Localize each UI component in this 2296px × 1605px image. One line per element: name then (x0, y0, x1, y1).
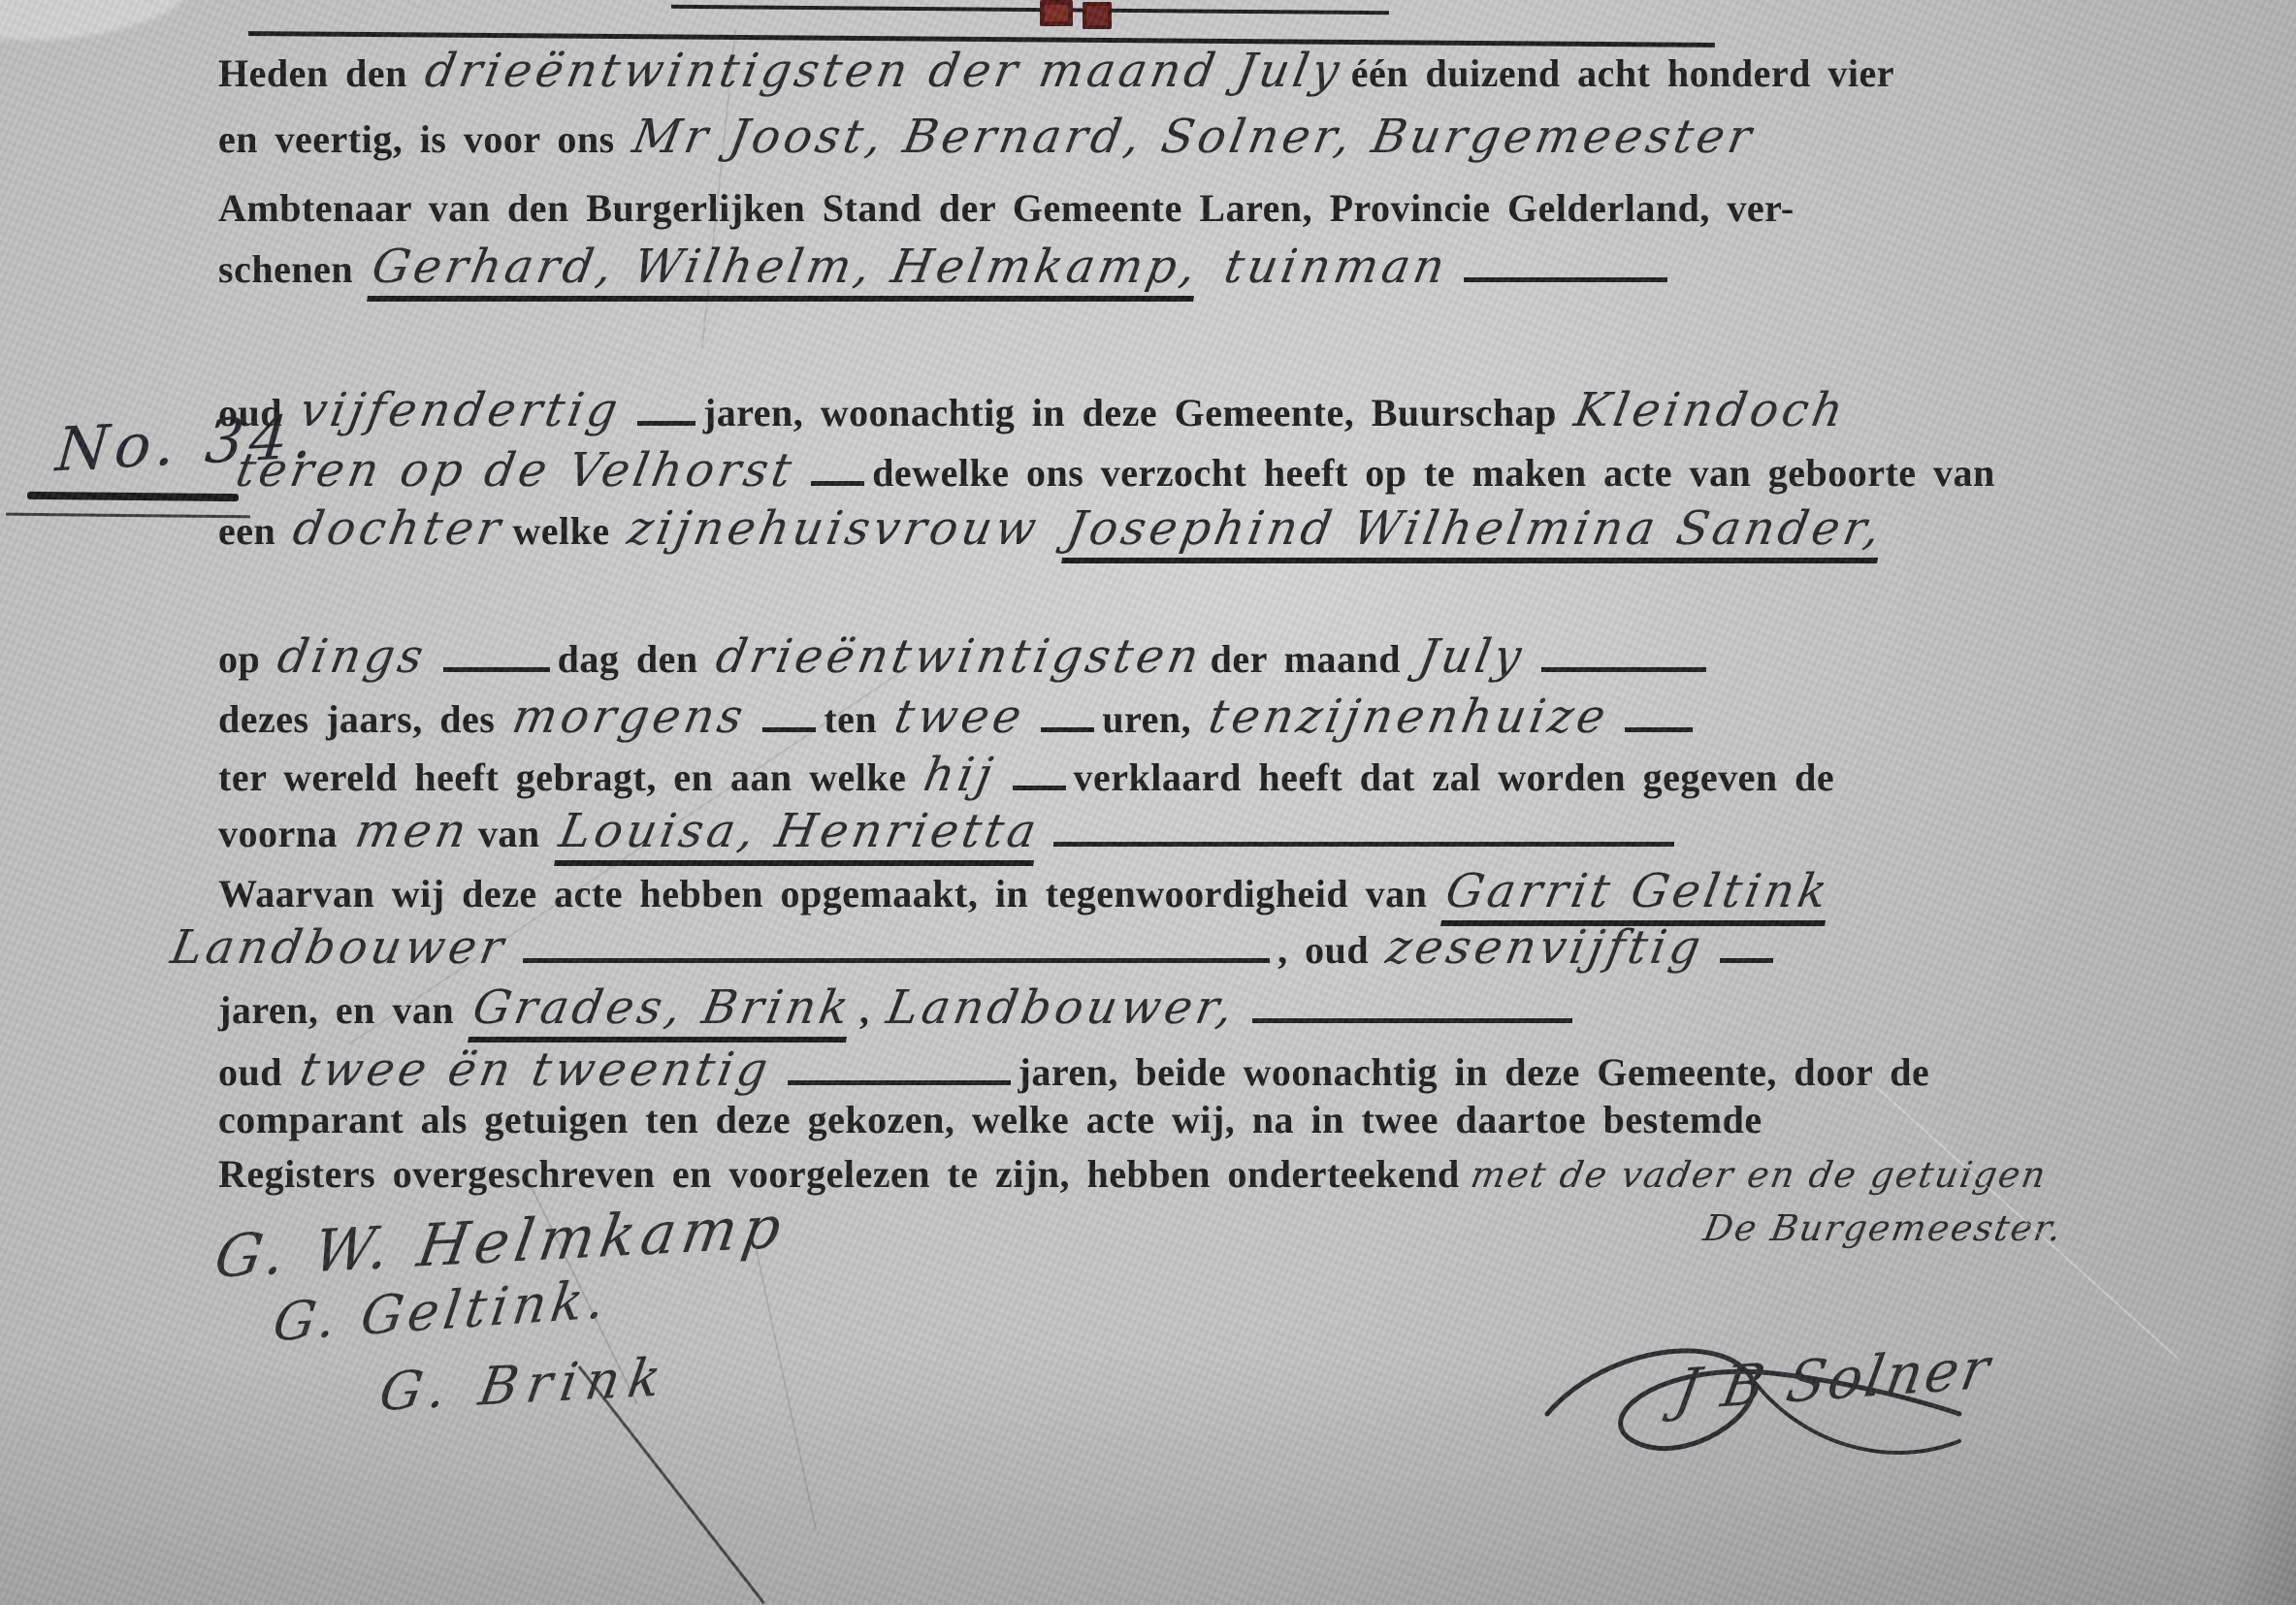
document-line: Heden dendrieëntwintigsten der maand Jul… (218, 45, 1894, 98)
printed-text: ten (824, 697, 877, 741)
handwritten-text: men (351, 805, 474, 858)
birth-record-page: No. 34. Heden dendrieëntwintigsten der m… (0, 0, 2296, 1605)
printed-text: comparant als getuigen ten deze gekozen,… (218, 1098, 1762, 1141)
handwritten-text: Landbouwer (167, 921, 511, 975)
printed-text: van (478, 812, 540, 855)
document-line: dezes jaars, desmorgenstentweeuren,tenzi… (218, 690, 1700, 744)
handwritten-text: drieëntwintigsten (712, 630, 1207, 684)
handwritten-text: Kleindoch (1570, 384, 1851, 437)
handwritten-text: Josephind Wilhelmina Sander, (1061, 502, 1888, 563)
handwritten-text: twee (890, 690, 1029, 744)
fill-rule (523, 958, 1270, 963)
handwritten-text: dings (274, 630, 431, 684)
printed-text: één duizend acht honderd vier (1351, 51, 1894, 95)
handwritten-text: dochter (289, 502, 508, 556)
document-line: en veertig, is voor onsMr Joost, Bernard… (218, 111, 1762, 164)
fill-rule (1541, 667, 1706, 672)
handwritten-text: tuinman (1220, 241, 1452, 294)
handwritten-text: Mr Joost, Bernard, Solner, Burgemeester (629, 111, 1759, 164)
document-line: Waarvan wij deze acte hebben opgemaakt, … (218, 865, 1838, 926)
printed-text: jaren, woonachtig in deze Gemeente, Buur… (703, 391, 1557, 434)
printed-text: , oud (1277, 928, 1369, 972)
handwritten-text: Landbouwer, (883, 981, 1241, 1035)
printed-text: der maand (1211, 637, 1401, 681)
fill-rule (1625, 727, 1693, 732)
printed-text: Waarvan wij deze acte hebben opgemaakt, … (218, 872, 1427, 915)
printed-text: Ambtenaar van den Burgerlijken Stand der… (218, 186, 1795, 230)
handwritten-text: met de vader en de getuigen (1468, 1155, 2051, 1197)
printed-text: Heden den (218, 51, 407, 95)
document-line: oudtwee ën tweentigjaren, beide woonacht… (218, 1043, 1929, 1097)
printed-text: dezes jaars, des (218, 697, 495, 741)
fill-rule (1013, 786, 1066, 790)
handwritten-text: vijfendertig (296, 384, 626, 437)
handwritten-text: De Burgemeester. (1700, 1208, 2066, 1250)
printed-text: oud (218, 1050, 282, 1094)
document-line: Ambtenaar van den Burgerlijken Stand der… (218, 186, 1795, 231)
printed-text: en veertig, is voor ons (218, 117, 615, 161)
handwritten-text: Gerhard, Wilhelm, Helmkamp, (367, 241, 1204, 302)
handwritten-text: morgens (508, 690, 751, 744)
printed-text: schenen (218, 247, 353, 291)
handwritten-text: Grades, Brink (468, 981, 857, 1043)
top-rule-upper (671, 5, 1389, 15)
handwritten-text: zijnehuisvrouw (624, 502, 1044, 556)
fill-rule (443, 667, 550, 672)
witness2-signature: G. Brink (375, 1346, 673, 1423)
fill-rule (788, 1080, 1011, 1085)
printed-text: uren, (1102, 697, 1191, 741)
red-archive-mark (1083, 2, 1112, 29)
printed-text: voorna (218, 812, 338, 855)
document-line: jaren, en vanGrades, Brink,Landbouwer, (218, 981, 1580, 1043)
document-line: oudvijfendertigjaren, woonachtig in deze… (218, 384, 1855, 437)
printed-text: jaren, en van (218, 988, 454, 1032)
fill-rule (811, 481, 864, 486)
red-archive-mark (1040, 0, 1073, 26)
printed-text: een (218, 509, 275, 553)
handwritten-text: Garrit Geltink (1440, 865, 1835, 926)
handwritten-text: zesenvijftig (1382, 921, 1708, 975)
handwritten-text: July (1414, 630, 1529, 684)
document-line: ter wereld heeft gebragt, en aan welkehi… (218, 749, 1834, 802)
fill-rule (1464, 277, 1667, 282)
document-line: De Burgemeester. (1693, 1208, 2067, 1250)
act-number-underline-thin (6, 513, 250, 519)
printed-text: dag den (558, 637, 698, 681)
printed-text: verklaard heeft dat zal worden gegeven d… (1074, 755, 1835, 799)
fill-rule (762, 727, 816, 732)
pencil-scribble (755, 1245, 817, 1530)
handwritten-text: tenzijnenhuize (1205, 690, 1613, 744)
act-number-underline (27, 492, 239, 501)
printed-text: welke (512, 509, 609, 553)
document-line: comparant als getuigen ten deze gekozen,… (218, 1098, 1762, 1142)
document-line: voornamenvanLouisa, Henrietta (218, 805, 1682, 866)
signature-flourish-line (578, 1365, 765, 1604)
printed-text: Registers overgeschreven en voorgelezen … (218, 1152, 1460, 1196)
handwritten-text: twee ën tweentig (296, 1043, 775, 1097)
document-line: Registers overgeschreven en voorgelezen … (218, 1152, 2051, 1197)
fill-rule (637, 421, 695, 426)
document-line: teren op de Velhorstdewelke ons verzocht… (218, 444, 1995, 498)
printed-text: , (859, 988, 870, 1032)
printed-text: oud (218, 391, 282, 434)
printed-text: jaren, beide woonachtig in deze Gemeente… (1019, 1050, 1930, 1094)
handwritten-text: Louisa, Henrietta (554, 805, 1044, 866)
fill-rule (1041, 727, 1094, 732)
document-line: eendochterwelkezijnehuisvrouwJosephind W… (218, 502, 1891, 563)
printed-text: dewelke ons verzocht heeft op te maken a… (872, 451, 1995, 495)
handwritten-text: teren op de Velhorst (232, 444, 799, 498)
fill-rule (1720, 958, 1773, 963)
handwritten-text: drieëntwintigsten der maand July (421, 45, 1347, 98)
document-line: opdingsdag dendrieëntwintigstender maand… (218, 630, 1714, 684)
document-line: schenenGerhard, Wilhelm, Helmkamp,tuinma… (218, 241, 1675, 302)
paper-corner-highlight (0, 0, 187, 51)
document-line: Landbouwer, oudzesenvijftig (153, 921, 1781, 975)
fill-rule (1053, 842, 1674, 847)
fill-rule (1252, 1018, 1572, 1023)
printed-text: op (218, 637, 260, 681)
printed-text: ter wereld heeft gebragt, en aan welke (218, 755, 906, 799)
handwritten-text: hij (920, 749, 1000, 802)
